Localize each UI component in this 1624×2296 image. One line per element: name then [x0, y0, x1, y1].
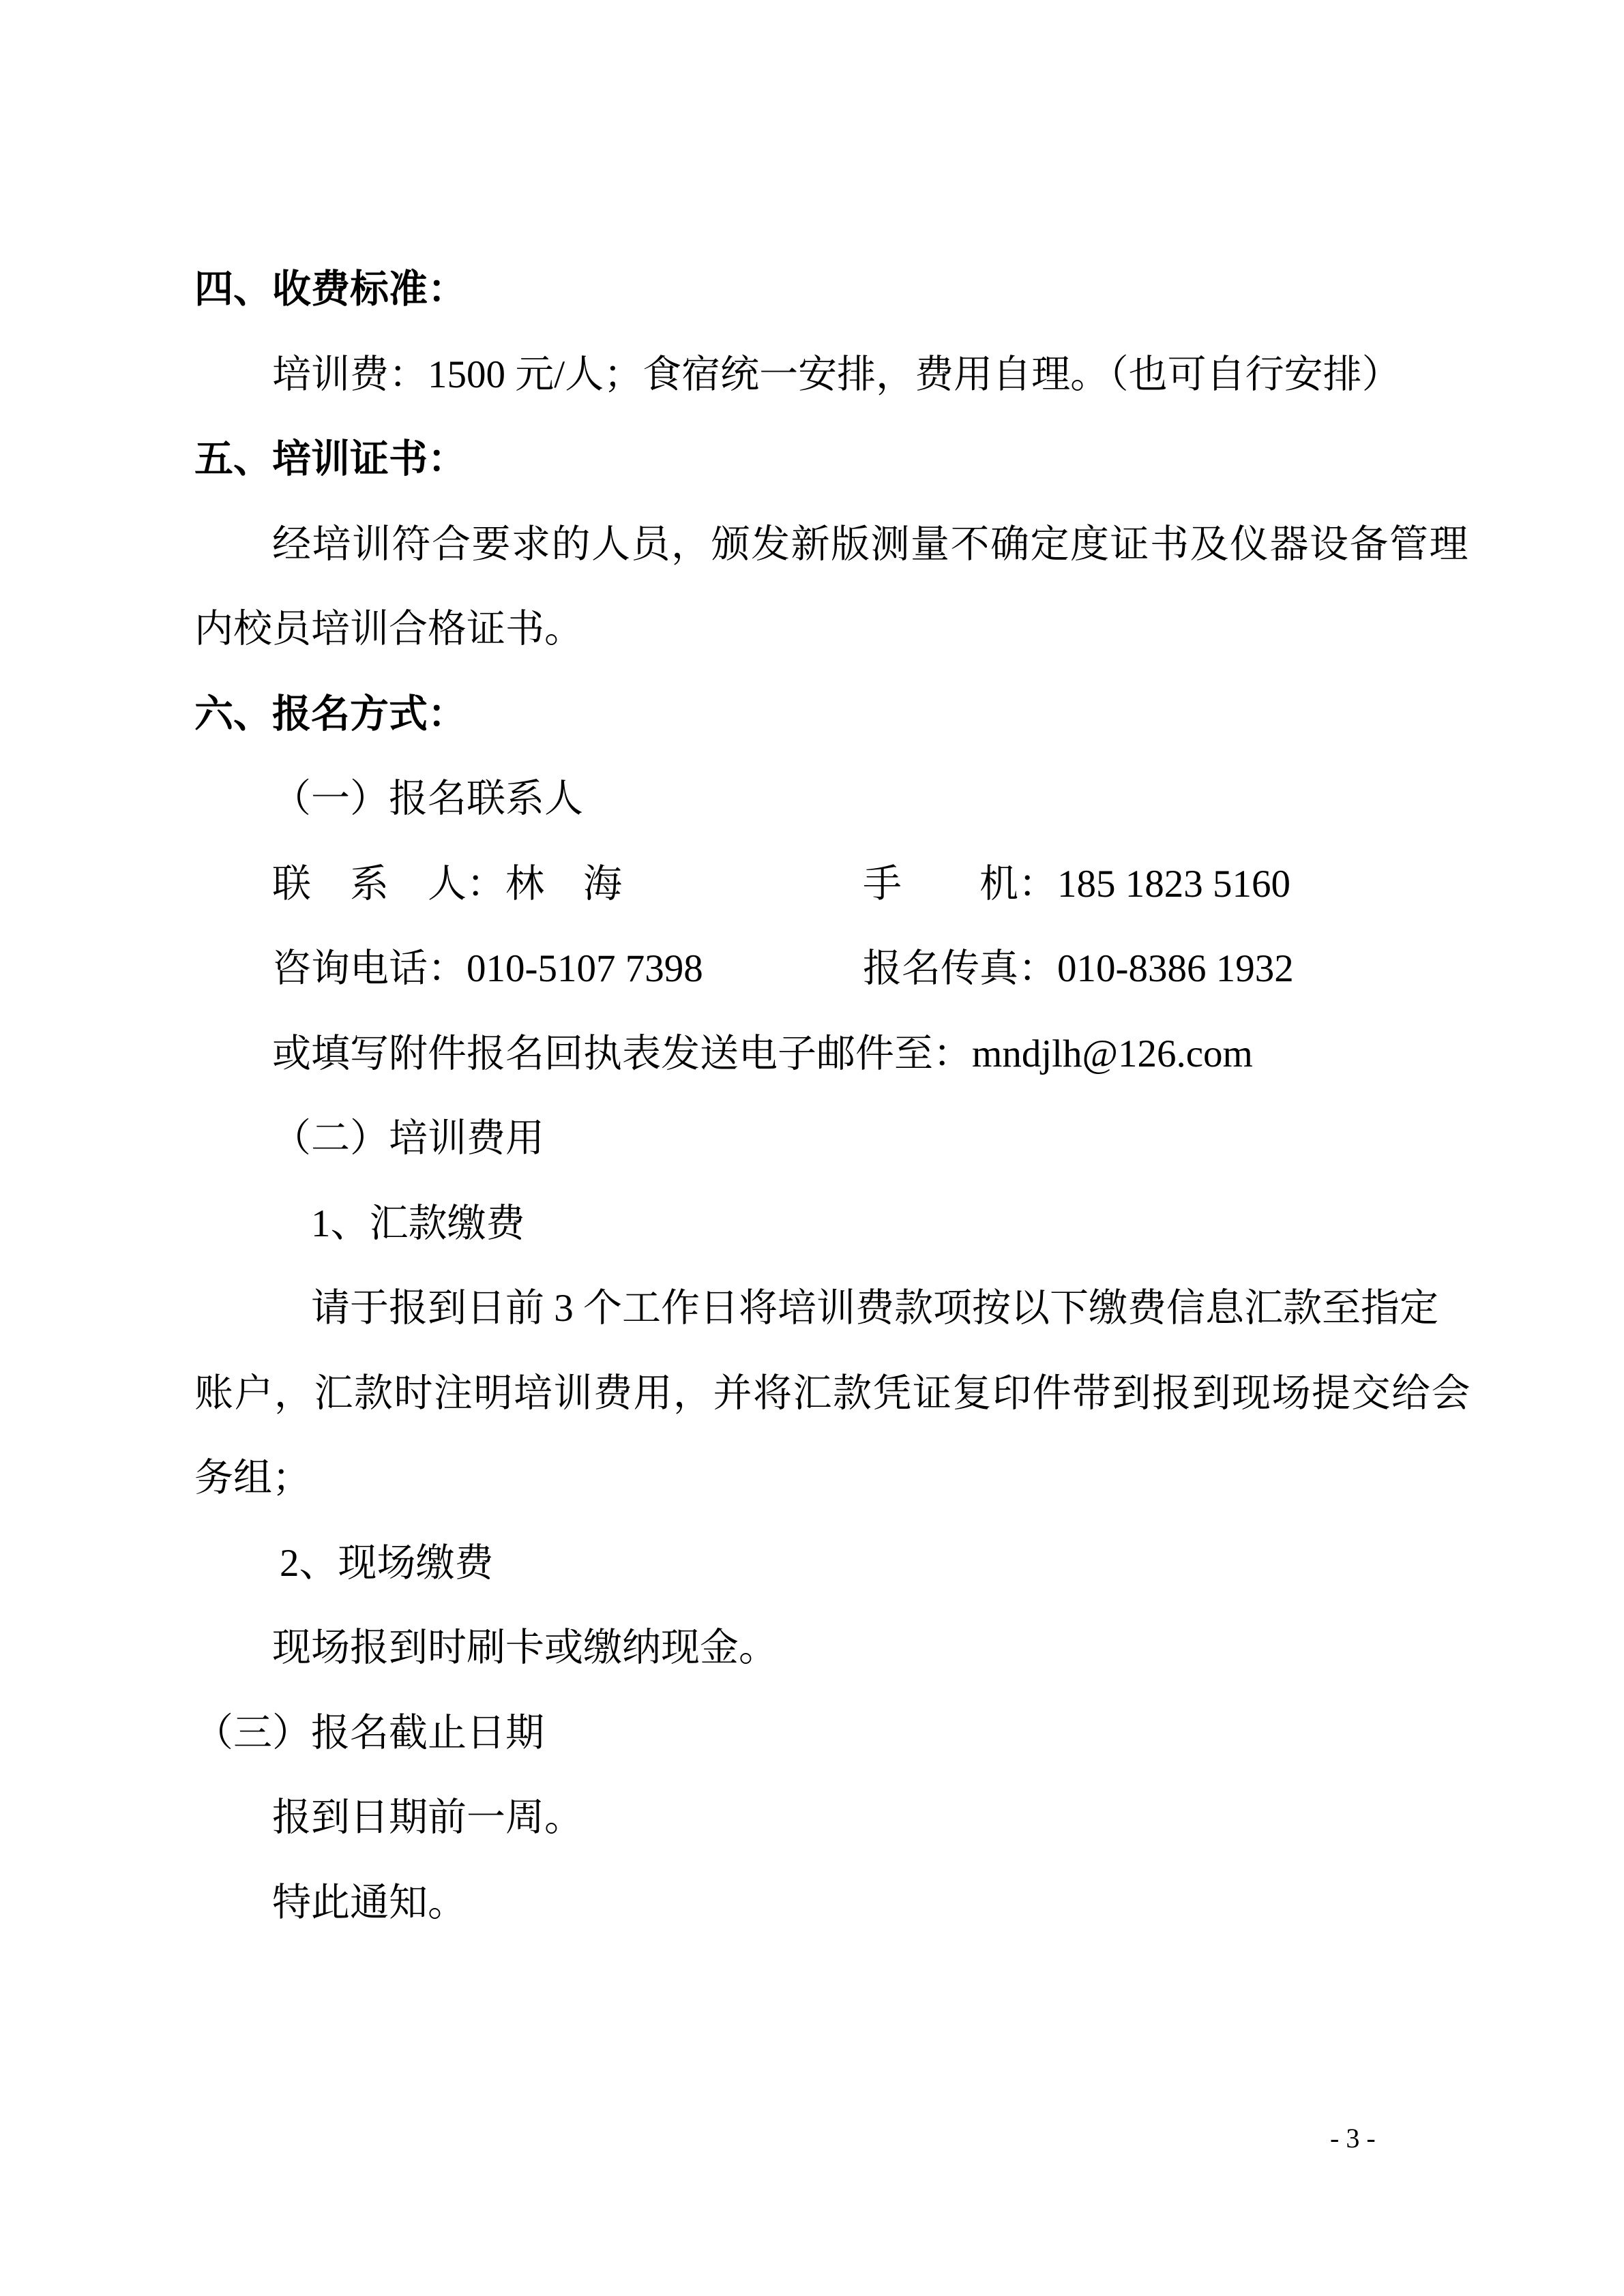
subsection-title-deadline: （三）报名截止日期: [194, 1711, 544, 1756]
onsite-payment-line: 现场报到时刷卡或缴纳现金。: [272, 1626, 778, 1671]
contact-mobile: 手 机：185 1823 5160: [863, 862, 1290, 907]
subsection-title-training-fee: （二）培训费用: [272, 1116, 544, 1161]
section-heading-fees: 四、收费标准：: [194, 267, 467, 312]
contact-fax: 报名传真：010-8386 1932: [863, 946, 1294, 992]
section-heading-registration: 六、报名方式：: [194, 692, 467, 737]
certificate-line-1: 经培训符合要求的人员，颁发新版测量不确定度证书及仪器设备管理: [272, 522, 1469, 567]
contact-name: 联 系 人：林 海: [272, 862, 622, 907]
remittance-line-1: 请于报到日前 3 个工作日将培训费款项按以下缴费信息汇款至指定: [311, 1286, 1438, 1331]
fee-amount-line: 培训费：1500 元/人；食宿统一安排，费用自理。（也可自行安排）: [272, 353, 1401, 398]
remittance-line-2: 账户，汇款时注明培训费用，并将汇款凭证复印件带到报到现场提交给会: [194, 1371, 1471, 1416]
contact-phone: 咨询电话：010-5107 7398: [272, 946, 703, 992]
page-number: - 3 -: [1330, 2125, 1376, 2152]
certificate-line-2: 内校员培训合格证书。: [194, 607, 583, 652]
closing-line: 特此通知。: [272, 1881, 467, 1926]
item-title-onsite-payment: 2、现场缴费: [280, 1541, 494, 1586]
email-note-line: 或填写附件报名回执表发送电子邮件至：mndjlh@126.com: [272, 1032, 1253, 1077]
deadline-line: 报到日期前一周。: [272, 1795, 583, 1840]
remittance-line-3: 务组；: [194, 1456, 311, 1501]
section-heading-certificate: 五、培训证书：: [194, 437, 467, 482]
subsection-title-contact: （一）报名联系人: [272, 777, 583, 822]
item-title-remittance: 1、汇款缴费: [311, 1202, 525, 1247]
document-page: 四、收费标准： 培训费：1500 元/人；食宿统一安排，费用自理。（也可自行安排…: [0, 0, 1624, 2296]
